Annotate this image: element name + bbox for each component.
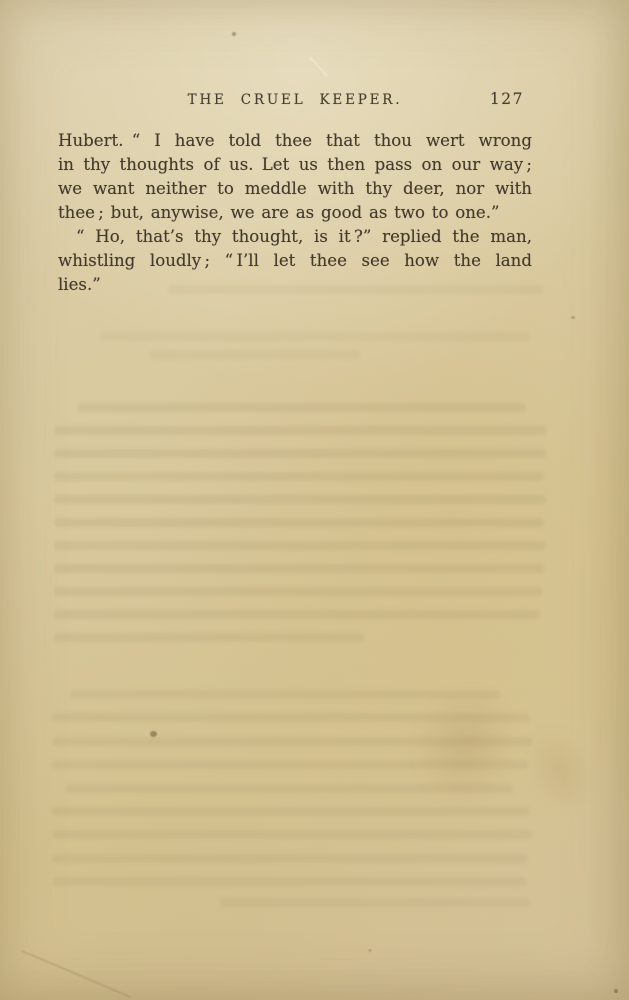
bleed-through-line bbox=[168, 285, 543, 294]
running-head-title: THE CRUEL KEEPER. bbox=[58, 92, 532, 108]
bleed-through-line bbox=[150, 350, 360, 359]
text-line: we want neither to meddle with thy deer,… bbox=[58, 177, 532, 201]
bleed-through-line bbox=[220, 898, 530, 907]
paper-speck bbox=[150, 731, 157, 737]
paper-crease bbox=[22, 950, 131, 998]
paragraph: Hubert. “ I have told thee that thou wer… bbox=[58, 129, 532, 225]
text-line: “ Ho, that’s thy thought, is it ?” repli… bbox=[58, 225, 532, 249]
bleed-through-line bbox=[54, 426, 546, 435]
bleed-through-line bbox=[54, 564, 544, 573]
bleed-through-line bbox=[54, 472, 544, 481]
bleed-through-line bbox=[54, 610, 540, 619]
paper-speck bbox=[614, 989, 618, 993]
bleed-through-line bbox=[78, 403, 526, 412]
page-number: 127 bbox=[490, 90, 524, 108]
page-header: THE CRUEL KEEPER. 127 bbox=[58, 92, 532, 114]
bleed-through-line bbox=[52, 807, 530, 816]
text-line: thee ; but, anywise, we are as good as t… bbox=[58, 201, 532, 225]
paper-stain bbox=[516, 717, 603, 822]
bleed-through-line bbox=[100, 332, 530, 341]
bleed-through-line bbox=[70, 690, 500, 699]
bleed-through-line bbox=[54, 587, 542, 596]
text-line: Hubert. “ I have told thee that thou wer… bbox=[58, 129, 532, 153]
paper-speck bbox=[571, 316, 575, 319]
bleed-through-line bbox=[54, 541, 546, 550]
paper-crease bbox=[309, 56, 328, 76]
bleed-through-line bbox=[52, 854, 528, 863]
bleed-through-line bbox=[54, 449, 546, 458]
bleed-through-line bbox=[52, 830, 532, 839]
paper-speck bbox=[368, 949, 372, 952]
page-text: Hubert. “ I have told thee that thou wer… bbox=[58, 129, 532, 297]
bleed-through-line bbox=[54, 518, 544, 527]
bleed-through-line bbox=[54, 633, 364, 642]
text-line: whistling loudly ; “ I’ll let thee see h… bbox=[58, 249, 532, 273]
bleed-through-line bbox=[54, 495, 546, 504]
bleed-through-line bbox=[52, 877, 526, 886]
paper-speck bbox=[232, 32, 236, 36]
text-line: in thy thoughts of us. Let us then pass … bbox=[58, 153, 532, 177]
book-page-scan: THE CRUEL KEEPER. 127 Hubert. “ I have t… bbox=[0, 0, 629, 1000]
